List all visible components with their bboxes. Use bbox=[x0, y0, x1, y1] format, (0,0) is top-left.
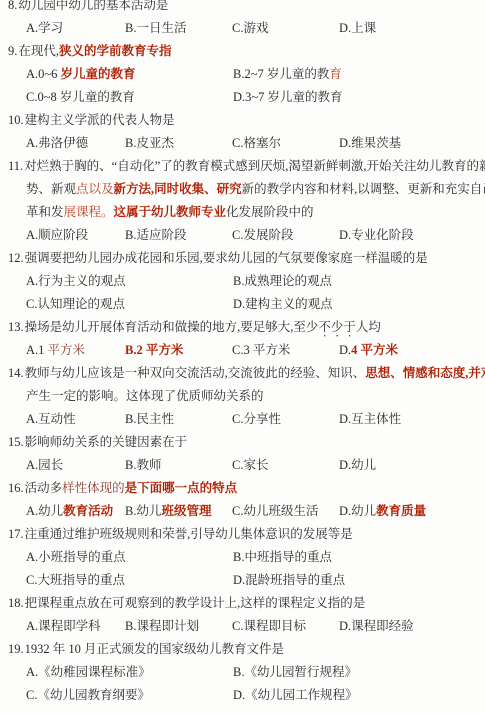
option-text: 1 bbox=[38, 343, 47, 357]
option-label: A. bbox=[26, 458, 38, 472]
option-b: B.适应阶段 bbox=[125, 224, 232, 247]
stem-text: 把课程重点放在可观察到的教学设计上,这样的课程定义指的是 bbox=[25, 596, 366, 610]
option-label: B. bbox=[125, 228, 136, 242]
option-c: C.格塞尔 bbox=[232, 132, 339, 155]
option-text: 专业化阶段 bbox=[351, 228, 414, 242]
option-c: C.认知理论的观点 bbox=[26, 293, 233, 316]
question-number: 13. bbox=[8, 320, 24, 334]
option-c: C.分享性 bbox=[232, 408, 339, 431]
question-number: 8. bbox=[8, 0, 17, 12]
question-19: 19.1932 年 10 月正式颁发的国家级幼儿教育文件是A.《幼稚园课程标准》… bbox=[8, 638, 479, 707]
option-text: 民主性 bbox=[136, 412, 174, 426]
option-text: 建构主义的观点 bbox=[245, 297, 333, 311]
question-stem-line: 10.建构主义学派的代表人物是 bbox=[8, 109, 479, 132]
stem-text: 革和发 bbox=[26, 205, 64, 219]
question-8: 8.幼儿园中幼儿的基本活动是A.学习B.一日生活C.游戏D.上课 bbox=[8, 0, 479, 40]
options-row: A.顺应阶段B.适应阶段C.发展阶段D.专业化阶段 bbox=[8, 224, 479, 247]
question-number: 10. bbox=[8, 113, 24, 127]
option-text: 幼儿 bbox=[351, 458, 376, 472]
option-text: 2~7 岁儿童的教 bbox=[244, 67, 329, 81]
option-text: 发展阶段 bbox=[243, 228, 293, 242]
option-b: B.成熟理论的观点 bbox=[233, 270, 479, 293]
option-text: 幼儿班级生活 bbox=[243, 504, 318, 518]
option-a: A.弗洛伊德 bbox=[26, 132, 125, 155]
question-stem-line: 产生一定的影响。这体现了优质师幼关系的 bbox=[8, 385, 479, 408]
question-list: 8.幼儿园中幼儿的基本活动是A.学习B.一日生活C.游戏D.上课9.在现代,狭义… bbox=[8, 0, 479, 707]
options-row: A.课程即学科B.课程即计划C.课程即目标D.课程即经验 bbox=[8, 615, 479, 638]
option-label: C. bbox=[232, 412, 243, 426]
option-text: 维果茨基 bbox=[351, 136, 401, 150]
option-label: D. bbox=[339, 504, 351, 518]
option-text: 育 bbox=[329, 67, 342, 81]
option-text: 教育活动 bbox=[63, 504, 113, 518]
option-text: 《幼儿园工作规程》 bbox=[245, 688, 358, 702]
stem-text: 样性体现的 bbox=[62, 481, 125, 495]
option-b: B.《幼儿园暂行规程》 bbox=[233, 661, 479, 684]
option-b: B.课程即计划 bbox=[125, 615, 232, 638]
option-text: 弗洛伊德 bbox=[38, 136, 88, 150]
option-d: D.4 平方米 bbox=[339, 339, 479, 362]
option-label: B. bbox=[233, 550, 244, 564]
option-text: 平方米 bbox=[48, 343, 86, 357]
stem-text: 思想、情感和态度,并对对方 bbox=[365, 366, 485, 380]
option-a: A.《幼稚园课程标准》 bbox=[26, 661, 233, 684]
option-c: C.幼儿班级生活 bbox=[232, 500, 339, 523]
option-a: A.0~6 岁儿童的教育 bbox=[26, 63, 233, 86]
question-stem-line: 16.活动多样性体现的是下面哪一点的特点 bbox=[8, 477, 479, 500]
option-text: 班级管理 bbox=[161, 504, 211, 518]
option-c: C.《幼儿园教育纲要》 bbox=[26, 684, 233, 707]
option-label: C. bbox=[26, 573, 37, 587]
option-label: B. bbox=[125, 504, 136, 518]
option-b: B.2~7 岁儿童的教育 bbox=[233, 63, 479, 86]
option-b: B.中班指导的重点 bbox=[233, 546, 479, 569]
option-text: 皮亚杰 bbox=[136, 136, 174, 150]
option-c: C.大班指导的重点 bbox=[26, 569, 233, 592]
options-row: A.行为主义的观点B.成熟理论的观点 bbox=[8, 270, 479, 293]
option-label: C. bbox=[26, 688, 37, 702]
stem-text: 点以及 bbox=[76, 182, 114, 196]
question-stem-line: 势、新观点以及新方法,同时收集、研究新的教学内容和材料,以调整、更新和充实自己,… bbox=[8, 178, 479, 201]
question-17: 17.注重通过维护班级规则和荣誉,引导幼儿集体意识的发展等是A.小班指导的重点B… bbox=[8, 523, 479, 592]
question-stem-line: 11.对烂熟于胸的、“自动化”了的教育模式感到厌烦,渴望新鲜刺激,开始关注幼儿教… bbox=[8, 155, 479, 178]
stem-text: 产生一定的影响。这体现了优质师幼关系的 bbox=[26, 389, 264, 403]
options-row: A.幼儿教育活动B.幼儿班级管理C.幼儿班级生活D.幼儿教育质量 bbox=[8, 500, 479, 523]
stem-text: 对烂熟于胸的、“自动化”了的教育模式感到厌烦,渴望新鲜刺激,开始关注幼儿教育的新… bbox=[24, 159, 485, 173]
stem-text: 在现代, bbox=[18, 44, 59, 58]
option-label: B. bbox=[233, 67, 244, 81]
option-c: C.课程即目标 bbox=[232, 615, 339, 638]
question-15: 15.影响师幼关系的关键因素在于A.园长B.教师C.家长D.幼儿 bbox=[8, 431, 479, 477]
option-text: 幼儿 bbox=[38, 504, 63, 518]
option-label: C. bbox=[232, 228, 243, 242]
options-row: C.0~8 岁儿童的教育D.3~7 岁儿童的教育 bbox=[8, 86, 479, 109]
option-label: A. bbox=[26, 665, 38, 679]
question-9: 9.在现代,狭义的学前教育专指A.0~6 岁儿童的教育B.2~7 岁儿童的教育C… bbox=[8, 40, 479, 109]
option-text: 岁儿童的教育 bbox=[61, 67, 136, 81]
option-label: D. bbox=[233, 297, 245, 311]
option-label: B. bbox=[125, 21, 136, 35]
option-label: B. bbox=[125, 343, 136, 357]
stem-text: 注重通过维护班级规则和荣誉,引导幼儿集体意识的发展等是 bbox=[25, 527, 353, 541]
option-text: 课程即计划 bbox=[136, 619, 199, 633]
option-text: 上课 bbox=[351, 21, 376, 35]
question-stem-line: 8.幼儿园中幼儿的基本活动是 bbox=[8, 0, 479, 17]
question-number: 9. bbox=[8, 44, 17, 58]
option-text: 大班指导的重点 bbox=[37, 573, 125, 587]
option-label: C. bbox=[232, 458, 243, 472]
stem-text: 影响师幼关系的关键因素在于 bbox=[25, 435, 188, 449]
question-stem-line: 18.把课程重点放在可观察到的教学设计上,这样的课程定义指的是 bbox=[8, 592, 479, 615]
option-label: C. bbox=[232, 21, 243, 35]
option-label: B. bbox=[125, 136, 136, 150]
option-label: D. bbox=[339, 619, 351, 633]
question-number: 16. bbox=[8, 481, 24, 495]
stem-text: 人均 bbox=[356, 320, 381, 334]
stem-text: 是下面哪一点的特点 bbox=[125, 481, 238, 495]
option-label: C. bbox=[232, 343, 243, 357]
stem-text: 势、新观 bbox=[26, 182, 76, 196]
option-d: D.维果茨基 bbox=[339, 132, 479, 155]
option-b: B.一日生活 bbox=[125, 17, 232, 40]
options-row: A.园长B.教师C.家长D.幼儿 bbox=[8, 454, 479, 477]
options-row: A.学习B.一日生活C.游戏D.上课 bbox=[8, 17, 479, 40]
option-text: 混龄班指导的重点 bbox=[245, 573, 345, 587]
question-10: 10.建构主义学派的代表人物是A.弗洛伊德B.皮亚杰C.格塞尔D.维果茨基 bbox=[8, 109, 479, 155]
question-stem-line: 革和发展课程。这属于幼儿教师专业化发展阶段中的 bbox=[8, 201, 479, 224]
option-label: D. bbox=[339, 412, 351, 426]
option-label: A. bbox=[26, 619, 38, 633]
stem-text: 化发展阶段中的 bbox=[226, 205, 314, 219]
option-text: 课程即学科 bbox=[38, 619, 101, 633]
option-a: A.行为主义的观点 bbox=[26, 270, 233, 293]
option-label: D. bbox=[339, 21, 351, 35]
option-d: D.专业化阶段 bbox=[339, 224, 479, 247]
option-b: B.民主性 bbox=[125, 408, 232, 431]
question-number: 18. bbox=[8, 596, 24, 610]
option-c: C.0~8 岁儿童的教育 bbox=[26, 86, 233, 109]
option-a: A.互动性 bbox=[26, 408, 125, 431]
options-row: C.《幼儿园教育纲要》D.《幼儿园工作规程》 bbox=[8, 684, 479, 707]
option-label: D. bbox=[339, 343, 351, 357]
option-a: A.1 平方米 bbox=[26, 339, 125, 362]
stem-text: 新的教学内容和材料,以调整、更新和充实自己,改 bbox=[242, 182, 485, 196]
option-text: 幼儿 bbox=[136, 504, 161, 518]
question-stem-line: 12.强调要把幼儿园办成花园和乐园,要求幼儿园的气氛要像家庭一样温暖的是 bbox=[8, 247, 479, 270]
question-stem-line: 19.1932 年 10 月正式颁发的国家级幼儿教育文件是 bbox=[8, 638, 479, 661]
option-text: 0~8 岁儿童的教育 bbox=[37, 90, 134, 104]
question-14: 14.教师与幼儿应该是一种双向交流活动,交流彼此的经验、知识、思想、情感和态度,… bbox=[8, 362, 479, 431]
stem-text: 狭义的学前教育专指 bbox=[59, 44, 172, 58]
option-text: 一日生活 bbox=[136, 21, 186, 35]
option-text: 0~6 bbox=[38, 67, 60, 81]
option-label: A. bbox=[26, 550, 38, 564]
option-label: D. bbox=[339, 458, 351, 472]
options-row: A.《幼稚园课程标准》B.《幼儿园暂行规程》 bbox=[8, 661, 479, 684]
options-row: A.小班指导的重点B.中班指导的重点 bbox=[8, 546, 479, 569]
option-text: 小班指导的重点 bbox=[38, 550, 126, 564]
option-label: B. bbox=[233, 274, 244, 288]
question-stem-line: 13.操场是幼儿开展体育活动和做操的地方,要足够大,至少不少于人均 bbox=[8, 316, 479, 339]
option-text: 课程即经验 bbox=[351, 619, 414, 633]
option-text: 游戏 bbox=[243, 21, 268, 35]
option-text: 教育质量 bbox=[376, 504, 426, 518]
question-stem-line: 15.影响师幼关系的关键因素在于 bbox=[8, 431, 479, 454]
stem-text: 新方法,同时收集、研究 bbox=[114, 182, 242, 196]
option-a: A.幼儿教育活动 bbox=[26, 500, 125, 523]
stem-text: 不少于 bbox=[318, 320, 356, 334]
option-text: 《幼儿园教育纲要》 bbox=[37, 688, 150, 702]
option-label: D. bbox=[233, 688, 245, 702]
option-b: B.2 平方米 bbox=[125, 339, 232, 362]
question-number: 15. bbox=[8, 435, 24, 449]
option-a: A.顺应阶段 bbox=[26, 224, 125, 247]
stem-text: 幼儿园中幼儿的基本活动是 bbox=[18, 0, 168, 12]
stem-text: 这属于幼儿教师专业 bbox=[114, 205, 227, 219]
stem-text: 1932 年 10 月正式颁发的国家级幼儿教育文件是 bbox=[25, 642, 284, 656]
options-row: A.弗洛伊德B.皮亚杰C.格塞尔D.维果茨基 bbox=[8, 132, 479, 155]
question-number: 12. bbox=[8, 251, 24, 265]
option-text: 幼儿 bbox=[351, 504, 376, 518]
option-label: C. bbox=[26, 297, 37, 311]
option-label: B. bbox=[125, 619, 136, 633]
option-text: 认知理论的观点 bbox=[37, 297, 125, 311]
option-label: B. bbox=[125, 412, 136, 426]
option-text: 行为主义的观点 bbox=[38, 274, 126, 288]
option-label: C. bbox=[232, 619, 243, 633]
question-18: 18.把课程重点放在可观察到的教学设计上,这样的课程定义指的是A.课程即学科B.… bbox=[8, 592, 479, 638]
options-row: C.大班指导的重点D.混龄班指导的重点 bbox=[8, 569, 479, 592]
question-11: 11.对烂熟于胸的、“自动化”了的教育模式感到厌烦,渴望新鲜刺激,开始关注幼儿教… bbox=[8, 155, 479, 247]
option-label: A. bbox=[26, 343, 38, 357]
option-b: B.皮亚杰 bbox=[125, 132, 232, 155]
option-text: 分享性 bbox=[243, 412, 281, 426]
option-a: A.小班指导的重点 bbox=[26, 546, 233, 569]
option-label: D. bbox=[339, 136, 351, 150]
option-text: 互动性 bbox=[38, 412, 76, 426]
options-row: A.1 平方米B.2 平方米C.3 平方米D.4 平方米 bbox=[8, 339, 479, 362]
option-text: 成熟理论的观点 bbox=[244, 274, 332, 288]
stem-text: 强调要把幼儿园办成花园和乐园,要求幼儿园的气氛要像家庭一样温暖的是 bbox=[25, 251, 428, 265]
option-text: 适应阶段 bbox=[136, 228, 186, 242]
option-c: C.发展阶段 bbox=[232, 224, 339, 247]
option-d: D.建构主义的观点 bbox=[233, 293, 479, 316]
stem-text: 建构主义学派的代表人物是 bbox=[25, 113, 175, 127]
option-label: C. bbox=[26, 90, 37, 104]
stem-text: 教师与幼儿应该是一种双向交流活动,交流彼此的经验、知识、 bbox=[25, 366, 366, 380]
question-12: 12.强调要把幼儿园办成花园和乐园,要求幼儿园的气氛要像家庭一样温暖的是A.行为… bbox=[8, 247, 479, 316]
option-c: C.3 平方米 bbox=[232, 339, 339, 362]
option-text: 2 平方米 bbox=[136, 343, 183, 357]
options-row: C.认知理论的观点D.建构主义的观点 bbox=[8, 293, 479, 316]
option-d: D.混龄班指导的重点 bbox=[233, 569, 479, 592]
option-text: 3 平方米 bbox=[243, 343, 290, 357]
option-text: 格塞尔 bbox=[243, 136, 281, 150]
option-label: C. bbox=[232, 504, 243, 518]
option-b: B.幼儿班级管理 bbox=[125, 500, 232, 523]
question-number: 14. bbox=[8, 366, 24, 380]
question-number: 17. bbox=[8, 527, 24, 541]
option-text: 顺应阶段 bbox=[38, 228, 88, 242]
option-label: C. bbox=[232, 136, 243, 150]
option-a: A.学习 bbox=[26, 17, 125, 40]
question-16: 16.活动多样性体现的是下面哪一点的特点A.幼儿教育活动B.幼儿班级管理C.幼儿… bbox=[8, 477, 479, 523]
option-text: 课程即目标 bbox=[243, 619, 306, 633]
option-a: A.课程即学科 bbox=[26, 615, 125, 638]
option-text: 中班指导的重点 bbox=[244, 550, 332, 564]
option-d: D.3~7 岁儿童的教育 bbox=[233, 86, 479, 109]
option-label: D. bbox=[233, 90, 245, 104]
stem-text: 展课程。 bbox=[64, 205, 114, 219]
option-a: A.园长 bbox=[26, 454, 125, 477]
option-d: D.上课 bbox=[339, 17, 479, 40]
option-text: 教师 bbox=[136, 458, 161, 472]
option-d: D.互主体性 bbox=[339, 408, 479, 431]
question-stem-line: 17.注重通过维护班级规则和荣誉,引导幼儿集体意识的发展等是 bbox=[8, 523, 479, 546]
option-text: 《幼稚园课程标准》 bbox=[38, 665, 151, 679]
option-d: D.幼儿教育质量 bbox=[339, 500, 479, 523]
option-label: B. bbox=[233, 665, 244, 679]
option-text: 《幼儿园暂行规程》 bbox=[244, 665, 357, 679]
stem-text: 操场是幼儿开展体育活动和做操的地方,要足够大,至少 bbox=[25, 320, 319, 334]
option-label: A. bbox=[26, 67, 38, 81]
option-label: A. bbox=[26, 412, 38, 426]
option-text: 互主体性 bbox=[351, 412, 401, 426]
option-text: 4 平方米 bbox=[351, 343, 398, 357]
question-number: 11. bbox=[8, 159, 23, 173]
option-text: 3~7 岁儿童的教育 bbox=[245, 90, 342, 104]
option-b: B.教师 bbox=[125, 454, 232, 477]
option-label: D. bbox=[339, 228, 351, 242]
stem-text: 活动多 bbox=[25, 481, 63, 495]
question-stem-line: 9.在现代,狭义的学前教育专指 bbox=[8, 40, 479, 63]
question-13: 13.操场是幼儿开展体育活动和做操的地方,要足够大,至少不少于人均A.1 平方米… bbox=[8, 316, 479, 362]
option-label: A. bbox=[26, 274, 38, 288]
option-d: D.《幼儿园工作规程》 bbox=[233, 684, 479, 707]
option-text: 园长 bbox=[38, 458, 63, 472]
options-row: A.0~6 岁儿童的教育B.2~7 岁儿童的教育 bbox=[8, 63, 479, 86]
option-label: B. bbox=[125, 458, 136, 472]
option-c: C.游戏 bbox=[232, 17, 339, 40]
option-label: A. bbox=[26, 136, 38, 150]
option-text: 学习 bbox=[38, 21, 63, 35]
option-text: 家长 bbox=[243, 458, 268, 472]
option-label: A. bbox=[26, 228, 38, 242]
exam-page: 8.幼儿园中幼儿的基本活动是A.学习B.一日生活C.游戏D.上课9.在现代,狭义… bbox=[0, 0, 485, 707]
question-number: 19. bbox=[8, 642, 24, 656]
options-row: A.互动性B.民主性C.分享性D.互主体性 bbox=[8, 408, 479, 431]
option-label: A. bbox=[26, 21, 38, 35]
option-label: A. bbox=[26, 504, 38, 518]
option-c: C.家长 bbox=[232, 454, 339, 477]
option-label: D. bbox=[233, 573, 245, 587]
question-stem-line: 14.教师与幼儿应该是一种双向交流活动,交流彼此的经验、知识、思想、情感和态度,… bbox=[8, 362, 479, 385]
option-d: D.课程即经验 bbox=[339, 615, 479, 638]
option-d: D.幼儿 bbox=[339, 454, 479, 477]
